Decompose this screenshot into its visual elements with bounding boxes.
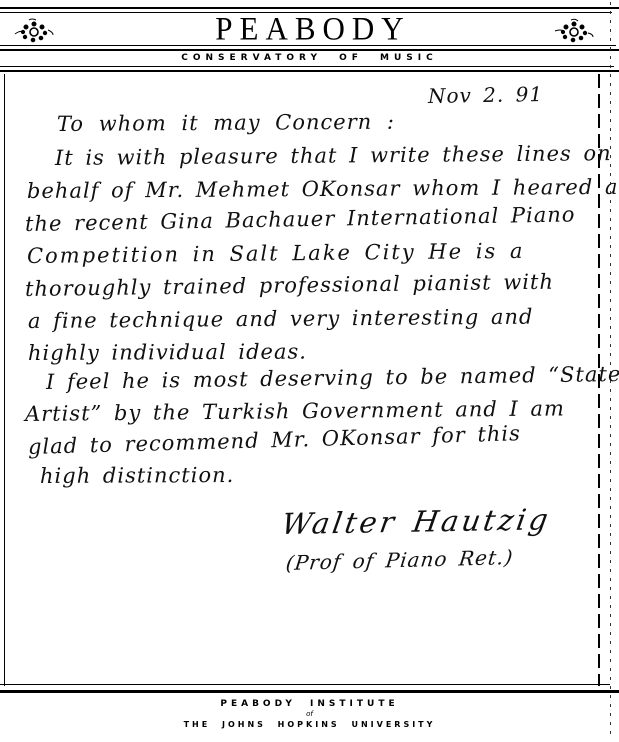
body-line: high distinction.	[40, 463, 234, 488]
divider	[0, 49, 619, 51]
salutation: To whom it may Concern :	[57, 110, 395, 136]
letterhead-subtitle: CONSERVATORY OF MUSIC	[0, 53, 619, 63]
body-line: Competition in Salt Lake City He is a	[27, 239, 525, 268]
body-line: behalf of Mr. Mehmet OKonsar whom I hear…	[27, 175, 619, 203]
signature-title: (Prof of Piano Ret.)	[285, 545, 515, 575]
body-line: highly individual ideas.	[28, 340, 307, 365]
body-line: thoroughly trained professional pianist …	[25, 270, 554, 301]
footer-of: of	[0, 710, 619, 718]
divider	[0, 70, 619, 72]
scanned-letter-page: PEABODY CONSERVATORY OF MUSIC N	[0, 0, 619, 742]
body-line: a fine technique and very interesting an…	[28, 305, 534, 333]
body-line: I feel he is most deserving to be named …	[46, 362, 619, 394]
letter-date: Nov 2. 91	[428, 82, 543, 108]
divider	[0, 7, 619, 9]
floral-ornament-icon	[12, 17, 56, 52]
divider	[0, 684, 610, 685]
body-line: glad to recommend Mr. OKonsar for this	[28, 421, 521, 459]
letterhead-title: PEABODY	[208, 13, 410, 45]
page-border-left	[4, 74, 5, 686]
divider	[0, 45, 616, 46]
body-line: the recent Gina Bachauer International P…	[25, 202, 576, 236]
divider	[0, 66, 614, 67]
body-line: It is with pleasure that I write these l…	[55, 141, 612, 170]
letterhead: PEABODY	[0, 14, 619, 46]
footer-institute: PEABODY INSTITUTE	[0, 699, 619, 709]
footer-university: THE JOHNS HOPKINS UNIVERSITY	[0, 720, 619, 729]
floral-ornament-icon	[552, 17, 596, 52]
footer: PEABODY INSTITUTE of THE JOHNS HOPKINS U…	[0, 699, 619, 729]
signature-name: Walter Hautzig	[280, 507, 552, 536]
divider	[0, 690, 619, 693]
